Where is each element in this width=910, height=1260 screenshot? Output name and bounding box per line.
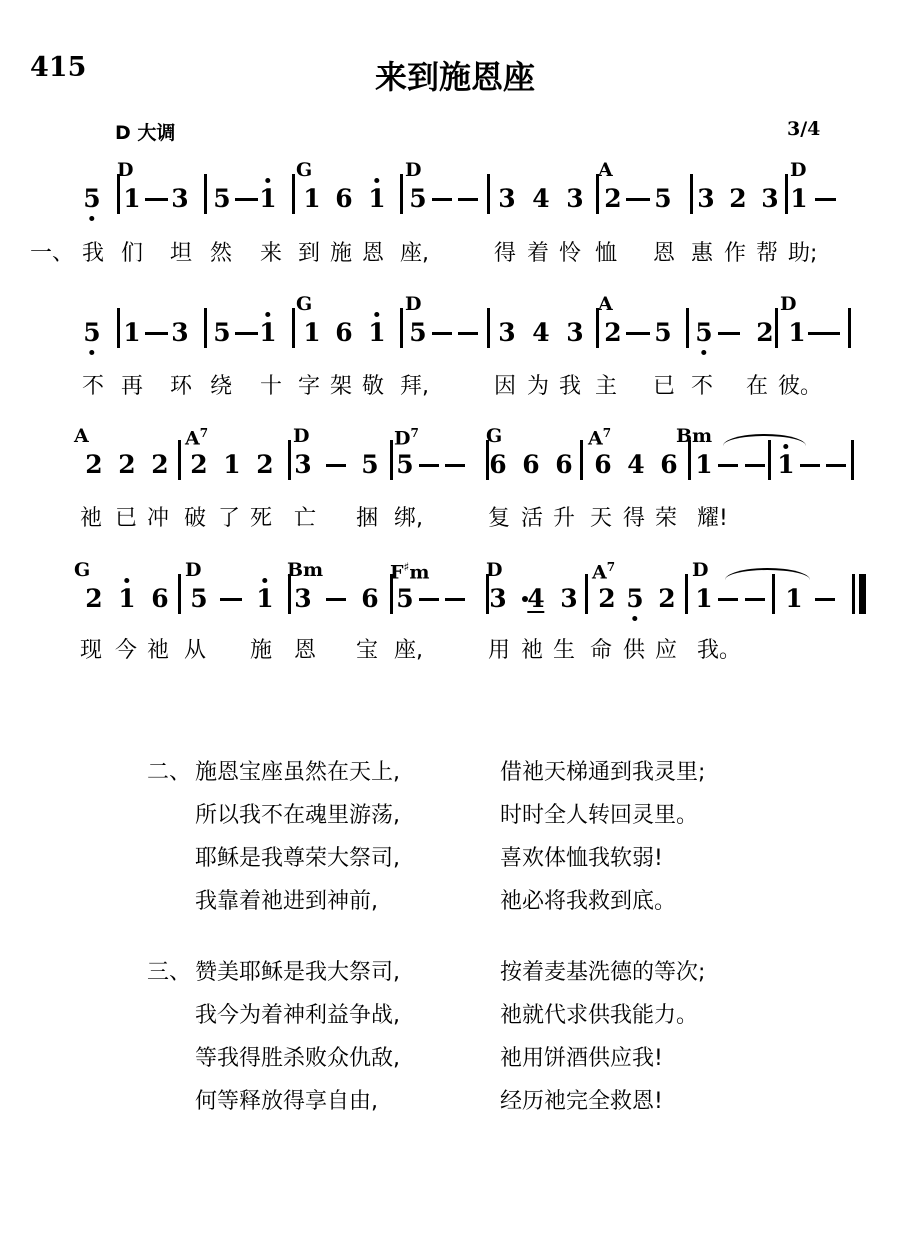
chord-quality: m (409, 561, 429, 583)
lyric-syllable: 绑, (394, 508, 423, 530)
lyric-syllable: 字 (298, 376, 320, 398)
lyric-syllable: 祂 (80, 508, 102, 530)
bar-line (178, 440, 181, 480)
bar-line (768, 440, 771, 480)
chord-symbol: A7 (588, 427, 611, 448)
verse-line-right: 经历祂完全救恩! (500, 1084, 663, 1115)
bar-line (487, 174, 490, 214)
lyric-syllable: 因 (494, 376, 516, 398)
lyric-syllable: 助; (788, 243, 817, 265)
lyric-syllable: 敬 (362, 376, 384, 398)
note: 2 (604, 186, 621, 211)
augmentation-dot (522, 596, 528, 602)
chord-root: A (598, 293, 613, 315)
note: 1 (118, 586, 135, 611)
note: 3 (498, 320, 515, 345)
note: 1 (303, 186, 320, 211)
verse-number: 三、 (147, 955, 191, 986)
lyric-syllable: 宝 (356, 640, 378, 662)
lyric-syllable: 今 (115, 640, 137, 662)
verse-number: 二、 (147, 755, 191, 786)
bar-line (686, 308, 689, 348)
sustain-dash (745, 598, 765, 601)
sustain-dash (808, 332, 840, 335)
chord-symbol: G (296, 295, 312, 314)
verse-line-right: 喜欢体恤我软弱! (500, 841, 663, 872)
chord-symbol: Bm (287, 561, 323, 580)
lyric-syllable: 帮 (756, 243, 778, 265)
note: 4 (627, 452, 644, 477)
note: 1 (785, 586, 802, 611)
lyric-syllable: 死 (250, 508, 272, 530)
note: 5 (213, 186, 230, 211)
note: 5 (83, 320, 100, 345)
chord-symbol: A (598, 161, 613, 180)
bar-line (288, 440, 291, 480)
lyric-syllable: 命 (590, 640, 612, 662)
lyric-syllable: 恩 (362, 243, 384, 265)
chord-root: A (598, 159, 613, 181)
lyric-syllable: 怜 (559, 243, 581, 265)
chord-root: G (296, 159, 312, 181)
chord-extension: 7 (607, 560, 615, 574)
note: 3 (697, 186, 714, 211)
sustain-dash (220, 598, 242, 601)
note: 4 (532, 320, 549, 345)
verse-line-right: 借祂天梯通到我灵里; (500, 755, 705, 786)
hymn-title: 来到施恩座 (0, 52, 910, 98)
bar-line (204, 174, 207, 214)
lyric-syllable: 应 (655, 640, 677, 662)
note: 3 (560, 586, 577, 611)
lyric-syllable: 从 (184, 640, 206, 662)
chord-root: A (74, 425, 89, 447)
note: 2 (756, 320, 773, 345)
verse-line-left: 所以我不在魂里游荡, (195, 798, 400, 829)
verse-line-left: 赞美耶稣是我大祭司, (195, 955, 400, 986)
note: 2 (604, 320, 621, 345)
verse-line-right: 祂用饼酒供应我! (500, 1041, 663, 1072)
sustain-dash (815, 198, 836, 201)
chord-symbol: D (185, 561, 201, 580)
bar-line (292, 308, 295, 348)
lyric-syllable: 耀! (697, 508, 728, 530)
sustain-dash (626, 332, 650, 335)
bar-line (390, 440, 393, 480)
note: 4 (527, 586, 544, 613)
lyric-syllable: 捆 (356, 508, 378, 530)
lyric-syllable: 供 (623, 640, 645, 662)
chord-root: A (592, 561, 607, 583)
chord-root: G (486, 425, 502, 447)
note: 1 (788, 320, 805, 345)
note: 6 (522, 452, 539, 477)
sustain-dash (800, 464, 820, 467)
lyric-syllable: 破 (184, 508, 206, 530)
note: 1 (368, 320, 385, 345)
verse-line-right: 祂就代求供我能力。 (500, 998, 698, 1029)
chord-symbol: D (790, 161, 806, 180)
note: 3 (294, 452, 311, 477)
lyric-syllable: 为 (527, 376, 549, 398)
lyric-syllable: 然 (210, 243, 232, 265)
chord-root: A (588, 427, 603, 449)
sustain-dash (718, 598, 738, 601)
note: 2 (658, 586, 675, 611)
note: 5 (396, 586, 413, 611)
lyric-syllable: 得 (623, 508, 645, 530)
sustain-dash (326, 464, 346, 467)
note: 5 (409, 186, 426, 211)
bar-line (851, 440, 854, 480)
note: 1 (368, 186, 385, 211)
note: 2 (85, 586, 102, 611)
note: 3 (294, 586, 311, 611)
note: 5 (83, 186, 100, 211)
note: 1 (123, 186, 140, 211)
lyric-syllable: 升 (553, 508, 575, 530)
chord-root: D (405, 159, 421, 181)
sustain-dash (432, 198, 452, 201)
chord-symbol: D (692, 561, 708, 580)
note: 1 (259, 186, 276, 211)
lyric-syllable: 用 (488, 640, 510, 662)
chord-symbol: A (74, 427, 89, 446)
note: 1 (695, 452, 712, 477)
bar-line (117, 308, 120, 348)
verse-line-left: 等我得胜杀败众仇敌, (195, 1041, 400, 1072)
final-bar-thick (859, 574, 866, 614)
sustain-dash (826, 464, 846, 467)
lyric-syllable: 活 (521, 508, 543, 530)
bar-line (204, 308, 207, 348)
note: 6 (361, 586, 378, 611)
note: 6 (555, 452, 572, 477)
verse-line-left: 我靠着祂进到神前, (195, 884, 378, 915)
chord-root: A (185, 427, 200, 449)
lyric-syllable: 已 (115, 508, 137, 530)
lyric-syllable: 着 (527, 243, 549, 265)
chord-root: D (486, 559, 502, 581)
note: 3 (489, 586, 506, 611)
sustain-dash (445, 598, 465, 601)
verse-line-right: 按着麦基洗德的等次; (500, 955, 705, 986)
note: 5 (695, 320, 712, 345)
chord-root: Bm (287, 559, 323, 581)
verse-line-left: 我今为着神利益争战, (195, 998, 400, 1029)
tie-arc (723, 434, 806, 446)
chord-symbol: F♯m (390, 561, 429, 582)
chord-root: G (74, 559, 90, 581)
note: 2 (190, 452, 207, 477)
chord-symbol: D (405, 295, 421, 314)
lyric-syllable: 现 (80, 640, 102, 662)
bar-line (487, 308, 490, 348)
note: 2 (85, 452, 102, 477)
lyric-syllable: 已 (653, 376, 675, 398)
chord-root: D (117, 159, 133, 181)
lyric-syllable: 施 (250, 640, 272, 662)
note: 6 (335, 186, 352, 211)
note: 3 (566, 186, 583, 211)
chord-symbol: D (117, 161, 133, 180)
lyric-syllable: 恩 (294, 640, 316, 662)
lyric-syllable: 不 (82, 376, 104, 398)
lyric-syllable: 惠 (691, 243, 713, 265)
chord-root: D (394, 427, 410, 449)
sustain-dash (432, 332, 452, 335)
time-signature: 3/4 (787, 118, 820, 140)
chord-symbol: A7 (185, 427, 208, 448)
chord-symbol: D7 (394, 427, 419, 448)
lyric-syllable: 架 (330, 376, 352, 398)
chord-symbol: A7 (592, 561, 615, 582)
sustain-dash (235, 198, 258, 201)
lyric-syllable: 得 (494, 243, 516, 265)
note: 5 (654, 186, 671, 211)
lyric-syllable: 坦 (170, 243, 192, 265)
sustain-dash (458, 332, 478, 335)
note: 2 (598, 586, 615, 611)
sustain-dash (626, 198, 650, 201)
lyric-syllable: 到 (298, 243, 320, 265)
lyric-syllable: 冲 (147, 508, 169, 530)
bar-line (685, 574, 688, 614)
lyric-syllable: 我。 (697, 640, 741, 662)
note: 6 (151, 586, 168, 611)
note: 5 (626, 586, 643, 611)
bar-line (775, 308, 778, 348)
lyric-syllable: 一、 (30, 243, 74, 265)
lyric-syllable: 十 (260, 376, 282, 398)
note: 2 (729, 186, 746, 211)
chord-root: D (405, 293, 421, 315)
verse-line-left: 施恩宝座虽然在天上, (195, 755, 400, 786)
lyric-syllable: 我 (82, 243, 104, 265)
lyric-syllable: 们 (121, 243, 143, 265)
note: 1 (223, 452, 240, 477)
sustain-dash (718, 464, 738, 467)
lyric-syllable: 拜, (400, 376, 429, 398)
note: 3 (498, 186, 515, 211)
lyric-syllable: 主 (595, 376, 617, 398)
lyric-syllable: 不 (691, 376, 713, 398)
bar-line (772, 574, 775, 614)
lyric-syllable: 作 (724, 243, 746, 265)
lyric-syllable: 复 (488, 508, 510, 530)
bar-line (585, 574, 588, 614)
chord-symbol: G (296, 161, 312, 180)
note: 2 (118, 452, 135, 477)
note: 5 (361, 452, 378, 477)
sustain-dash (745, 464, 765, 467)
note: 1 (790, 186, 807, 211)
note: 3 (566, 320, 583, 345)
bar-line (785, 174, 788, 214)
note: 2 (151, 452, 168, 477)
lyric-syllable: 施 (330, 243, 352, 265)
chord-root: D (293, 425, 309, 447)
lyric-syllable: 环 (170, 376, 192, 398)
note: 1 (303, 320, 320, 345)
sustain-dash (815, 598, 835, 601)
note: 3 (171, 320, 188, 345)
lyric-syllable: 恩 (653, 243, 675, 265)
sustain-dash (326, 598, 346, 601)
key-signature: D 大调 (115, 118, 175, 145)
chord-root: D (185, 559, 201, 581)
final-bar-thin (852, 574, 855, 614)
lyric-syllable: 了 (218, 508, 240, 530)
tie-arc (725, 568, 810, 580)
chord-symbol: G (486, 427, 502, 446)
note: 5 (654, 320, 671, 345)
sustain-dash (458, 198, 478, 201)
note: 5 (213, 320, 230, 345)
note: 6 (489, 452, 506, 477)
chord-root: G (296, 293, 312, 315)
bar-line (400, 174, 403, 214)
note: 6 (594, 452, 611, 477)
note: 2 (256, 452, 273, 477)
chord-root: D (692, 559, 708, 581)
chord-extension: 7 (603, 426, 611, 440)
chord-root: F (390, 561, 404, 583)
sustain-dash (718, 332, 740, 335)
chord-symbol: G (74, 561, 90, 580)
verse-line-left: 何等释放得享自由, (195, 1084, 378, 1115)
lyric-syllable: 天 (590, 508, 612, 530)
note: 1 (777, 452, 794, 477)
sustain-dash (445, 464, 465, 467)
note: 5 (190, 586, 207, 611)
chord-extension: 7 (200, 426, 208, 440)
chord-symbol: Bm (676, 427, 712, 446)
sustain-dash (419, 464, 439, 467)
chord-symbol: D (293, 427, 309, 446)
lyric-syllable: 再 (121, 376, 143, 398)
lyric-syllable: 座, (400, 243, 429, 265)
bar-line (292, 174, 295, 214)
lyric-syllable: 绕 (210, 376, 232, 398)
note: 5 (409, 320, 426, 345)
bar-line (400, 308, 403, 348)
lyric-syllable: 我 (559, 376, 581, 398)
lyric-syllable: 祂 (521, 640, 543, 662)
note: 5 (396, 452, 413, 477)
lyric-syllable: 生 (553, 640, 575, 662)
note: 1 (123, 320, 140, 345)
chord-root: D (780, 293, 796, 315)
bar-line (580, 440, 583, 480)
bar-line (690, 174, 693, 214)
verse-line-right: 时时全人转回灵里。 (500, 798, 698, 829)
verse-line-right: 祂必将我救到底。 (500, 884, 676, 915)
note: 4 (532, 186, 549, 211)
note: 6 (335, 320, 352, 345)
note: 6 (660, 452, 677, 477)
note: 1 (695, 586, 712, 611)
chord-symbol: D (405, 161, 421, 180)
lyric-syllable: 祂 (147, 640, 169, 662)
sustain-dash (235, 332, 258, 335)
lyric-syllable: 来 (260, 243, 282, 265)
bar-line (178, 574, 181, 614)
note: 3 (171, 186, 188, 211)
chord-symbol: A (598, 295, 613, 314)
lyric-syllable: 恤 (595, 243, 617, 265)
chord-root: D (790, 159, 806, 181)
note: 1 (256, 586, 273, 611)
lyric-syllable: 荣 (655, 508, 677, 530)
chord-root: Bm (676, 425, 712, 447)
chord-symbol: D (780, 295, 796, 314)
lyric-syllable: 在 (746, 376, 768, 398)
chord-symbol: D (486, 561, 502, 580)
note: 3 (761, 186, 778, 211)
bar-line (848, 308, 851, 348)
sustain-dash (419, 598, 439, 601)
chord-extension: 7 (410, 426, 418, 440)
lyric-syllable: 亡 (294, 508, 316, 530)
sustain-dash (145, 332, 168, 335)
verse-line-left: 耶稣是我尊荣大祭司, (195, 841, 400, 872)
lyric-syllable: 座, (394, 640, 423, 662)
lyric-syllable: 彼。 (778, 376, 822, 398)
sustain-dash (145, 198, 168, 201)
note: 1 (259, 320, 276, 345)
